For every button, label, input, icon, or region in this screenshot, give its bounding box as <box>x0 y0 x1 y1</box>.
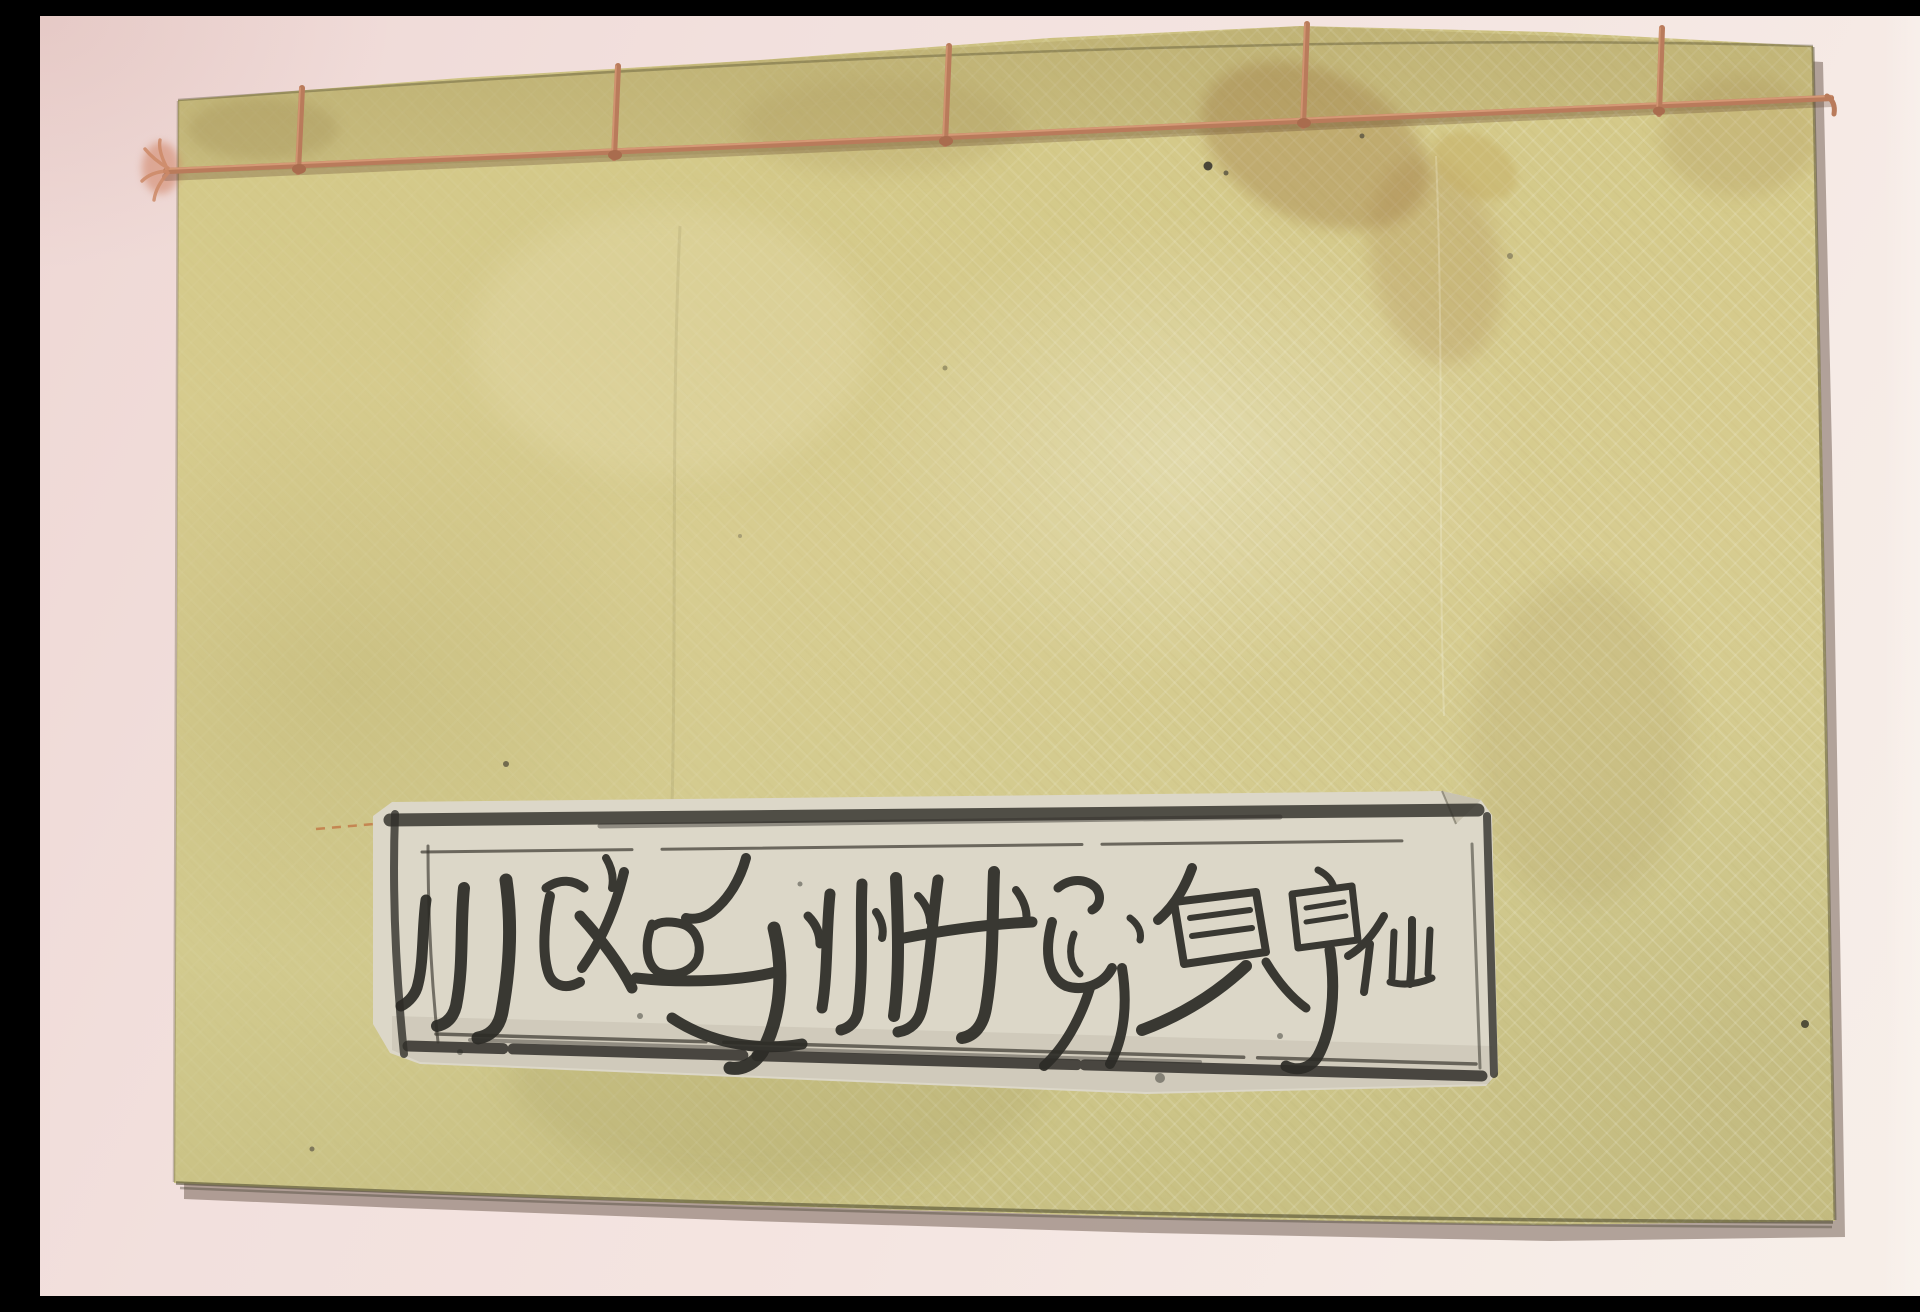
binding-thread <box>142 24 1834 200</box>
title-label <box>373 791 1498 1094</box>
red-scratch-mark <box>316 824 374 829</box>
photo-antique-book: Old stitched-binding book with yellow pa… <box>40 16 1920 1296</box>
binding-stitches <box>296 24 1662 172</box>
binding-and-label-overlay <box>40 16 1920 1296</box>
frayed-thread-strands <box>142 140 168 200</box>
